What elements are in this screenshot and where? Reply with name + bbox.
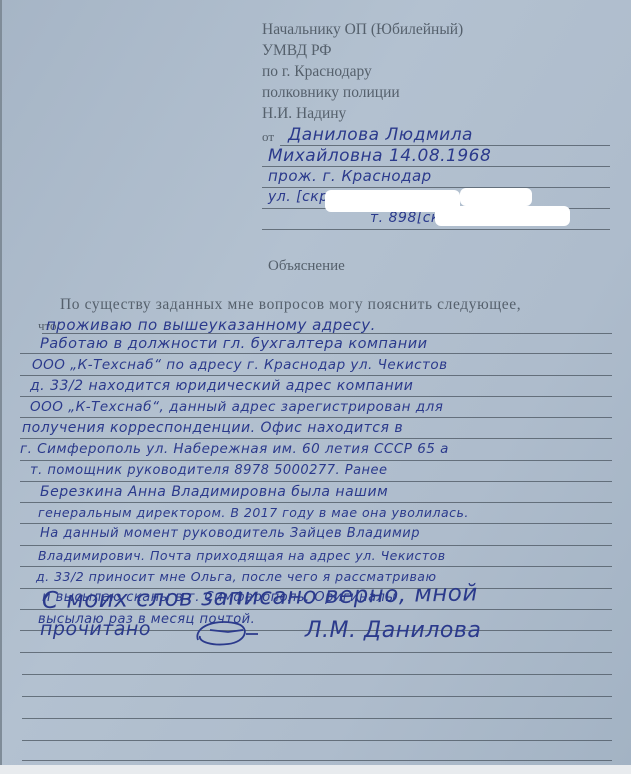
rule-line [20,566,612,567]
body-line-8: т. помощник руководителя 8978 5000277. Р… [30,463,388,478]
addressee-line-5: Н.И. Надину [262,104,346,124]
sender-city: прож. г. Краснодар [268,167,432,185]
body-line-3: ООО „К-Техснаб“ по адресу г. Краснодар у… [32,357,448,373]
rule-line [20,396,612,397]
rule-line [20,460,612,461]
redaction-box [460,188,532,206]
body-line-10: генеральным директором. В 2017 году в ма… [38,505,469,520]
body-line-6: получения корреспонденции. Офис находитс… [22,420,403,436]
addressee-line-4: полковнику полиции [262,83,400,103]
rule-line [22,718,612,719]
rule-line [22,674,612,675]
rule-line [22,740,612,741]
redaction-box [435,206,570,226]
body-line-9: Березкина Анна Владимировна была нашим [40,484,388,500]
body-line-1: проживаю по вышеуказанному адресу. [46,316,376,334]
rule-line [22,696,612,697]
body-line-4: д. 33/2 находится юридический адрес комп… [30,378,413,394]
body-line-5: ООО „К-Техснаб“, данный адрес зарегистри… [30,399,443,415]
signature-icon [188,612,268,652]
addressee-line-2: УМВД РФ [262,41,332,61]
intro-typed-text: По существу заданных мне вопросов могу п… [60,295,521,315]
rule-line [262,187,610,188]
addressee-line-1: Начальнику ОП (Юбилейный) [262,20,463,40]
rule-line [262,229,610,230]
sender-patronymic-dob: Михайловна 14.08.1968 [268,146,491,166]
addressee-line-3: по г. Краснодару [262,62,372,82]
rule-line [20,652,612,653]
body-line-2: Работаю в должности гл. бухгалтера компа… [40,336,428,352]
from-label: от [262,127,274,147]
body-line-7: г. Симферополь ул. Набережная им. 60 лет… [20,441,449,457]
rule-line [20,481,612,482]
sender-name: Данилова Людмила [288,125,473,145]
body-line-11: На данный момент руководитель Зайцев Вла… [40,526,420,541]
document-title: Объяснение [268,258,345,275]
closing-read: прочитано [40,618,151,640]
rule-line [20,438,612,439]
body-line-12: Владимирович. Почта приходящая на адрес … [38,548,446,563]
page-edge [0,0,2,765]
rule-line [20,545,612,546]
rule-line [20,502,612,503]
signature-name: Л.М. Данилова [305,618,481,643]
rule-line [22,760,612,761]
rule-line [20,417,612,418]
bottom-margin [0,765,631,774]
rule-line [20,375,612,376]
rule-line [20,523,612,524]
rule-line [20,353,612,354]
